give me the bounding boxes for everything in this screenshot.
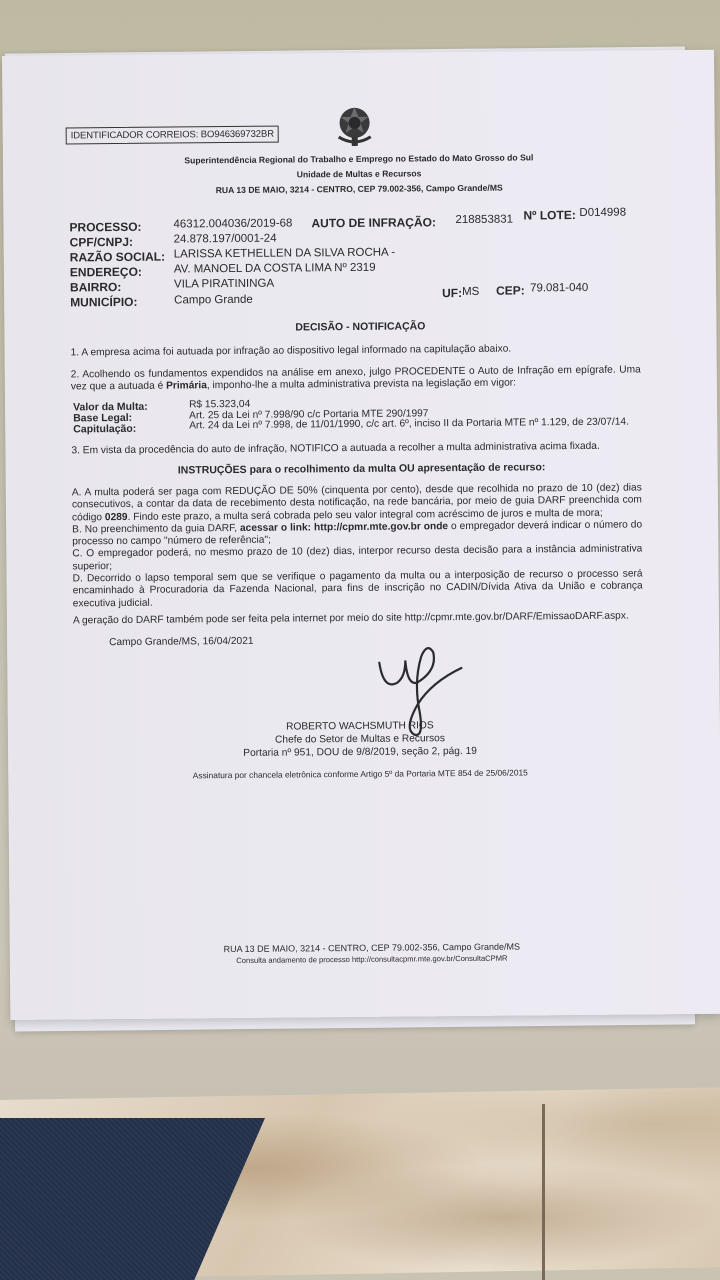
auto-label: AUTO DE INFRAÇÃO: <box>311 215 436 230</box>
item-2-text-end: , imponho-lhe a multa administrativa pre… <box>207 378 516 392</box>
cep-label: CEP: <box>496 283 525 297</box>
uf-label: UF: <box>442 286 462 300</box>
place-date: Campo Grande/MS, 16/04/2021 <box>109 636 254 648</box>
cpf-value: 24.878.197/0001-24 <box>174 233 277 246</box>
auto-value: 218853831 <box>455 214 513 227</box>
notification-document: IDENTIFICADOR CORREIOS: BO946369732BR Su… <box>2 50 720 1020</box>
cpf-label: CPF/CNPJ: <box>70 235 133 250</box>
lote-value: D014998 <box>579 207 626 219</box>
item-2: 2. Acolhendo os fundamentos expendidos n… <box>71 364 641 394</box>
cpmr-link[interactable]: acessar o link: http://cpmr.mte.gov.br o… <box>240 521 448 534</box>
uf-value: MS <box>462 286 479 298</box>
decision-title: DECISÃO - NOTIFICAÇÃO <box>4 318 716 336</box>
darf-note: A geração do DARF também pode ser feita … <box>73 610 643 627</box>
bairro-label: BAIRRO: <box>70 280 121 294</box>
municipio-value: Campo Grande <box>174 294 253 307</box>
endereco-label: ENDEREÇO: <box>70 265 142 280</box>
municipio-label: MUNICÍPIO: <box>70 295 137 310</box>
unit-name: Unidade de Multas e Recursos <box>3 166 715 182</box>
instruction-a: A. A multa poderá ser paga com REDUÇÃO D… <box>72 482 642 524</box>
agency-address: RUA 13 DE MAIO, 3214 - CENTRO, CEP 79.00… <box>3 181 715 197</box>
processo-value: 46312.004036/2019-68 <box>173 217 292 230</box>
razao-value: LARISSA KETHELLEN DA SILVA ROCHA - <box>174 247 395 261</box>
brazil-coat-of-arms-icon <box>332 103 376 149</box>
cep-value: 79.081-040 <box>530 282 588 295</box>
darf-code: 0289 <box>105 512 128 523</box>
agency-name: Superintendência Regional do Trabalho e … <box>3 151 715 167</box>
razao-label: RAZÃO SOCIAL: <box>70 250 165 265</box>
electronic-signature-note: Assinatura por chancela eletrônica confo… <box>4 766 716 782</box>
correios-identifier: IDENTIFICADOR CORREIOS: BO946369732BR <box>66 126 279 145</box>
valor-multa-value: R$ 15.323,04 <box>189 399 250 411</box>
lote-label: Nº LOTE: <box>523 208 576 222</box>
item-2-primaria: Primária <box>166 381 207 392</box>
instruction-b-text: B. No preenchimento da guia DARF, <box>72 523 240 535</box>
processo-label: PROCESSO: <box>69 220 141 235</box>
endereco-value: AV. MANOEL DA COSTA LIMA Nº 2319 <box>174 262 376 276</box>
item-3: 3. Em vista da procedência do auto de in… <box>71 440 641 457</box>
instructions-title: INSTRUÇÕES para o recolhimento da multa … <box>6 460 718 478</box>
capitulacao-label: Capitulação: <box>73 423 136 436</box>
bairro-value: VILA PIRATININGA <box>174 278 274 291</box>
floor-tile-gap <box>542 1104 545 1280</box>
instructions-block: A. A multa poderá ser paga com REDUÇÃO D… <box>72 482 643 610</box>
item-1: 1. A empresa acima foi autuada por infra… <box>71 342 641 359</box>
instruction-d: D. Decorrido o lapso temporal sem que se… <box>73 569 643 611</box>
